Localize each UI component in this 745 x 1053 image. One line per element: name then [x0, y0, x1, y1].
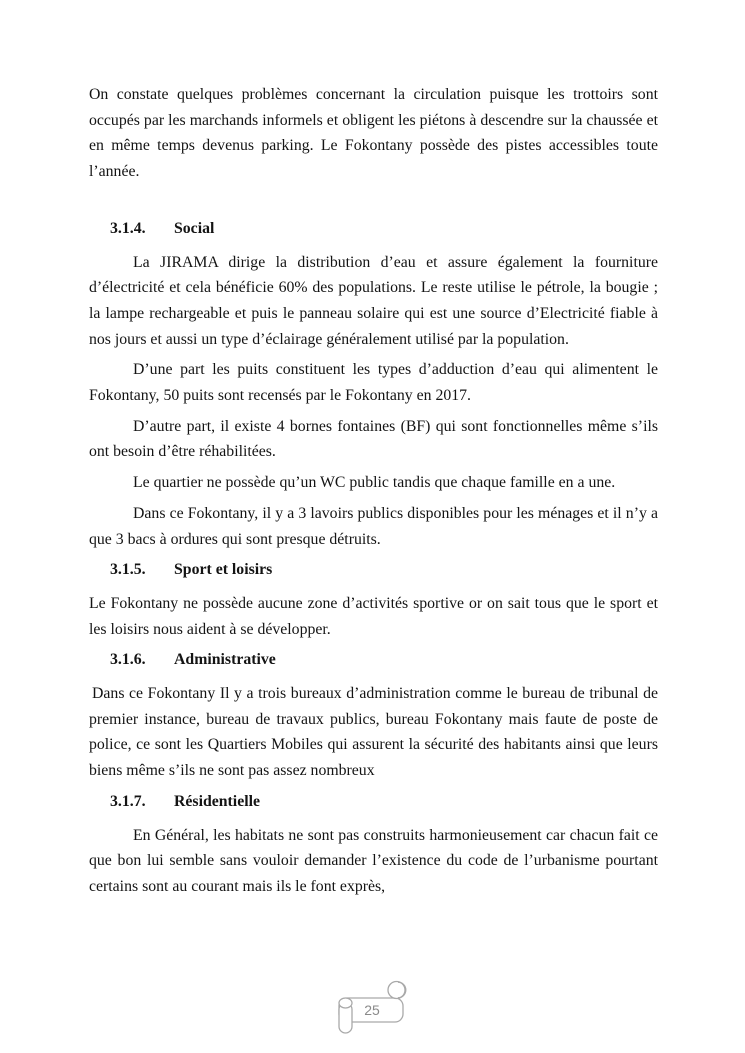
- section-title: Résidentielle: [174, 793, 260, 810]
- scroll-left-roll-top: [339, 998, 352, 1008]
- page-footer: 25: [331, 976, 411, 1038]
- section-heading-3-1-6: 3.1.6.Administrative: [89, 647, 658, 673]
- section-heading-3-1-7: 3.1.7.Résidentielle: [89, 789, 658, 815]
- section-number: 3.1.4.: [110, 216, 174, 242]
- paragraph-circulation: On constate quelques problèmes concernan…: [89, 82, 658, 185]
- paragraph-jirama: La JIRAMA dirige la distribution d’eau e…: [89, 250, 658, 353]
- paragraph-bornes-fontaines: D’autre part, il existe 4 bornes fontain…: [89, 414, 658, 465]
- page-number: 25: [364, 1002, 380, 1018]
- document-page: On constate quelques problèmes concernan…: [0, 0, 745, 1053]
- section-number: 3.1.6.: [110, 647, 174, 673]
- section-title: Social: [174, 220, 214, 237]
- page-content: On constate quelques problèmes concernan…: [89, 82, 658, 905]
- paragraph-sport: Le Fokontany ne possède aucune zone d’ac…: [89, 591, 658, 642]
- paragraph-habitat: En Général, les habitats ne sont pas con…: [89, 823, 658, 900]
- section-title: Administrative: [174, 651, 276, 668]
- paragraph-puits: D’une part les puits constituent les typ…: [89, 357, 658, 408]
- scroll-page-number-icon: 25: [331, 976, 411, 1038]
- paragraph-administration: Dans ce Fokontany Il y a trois bureaux d…: [89, 681, 658, 784]
- section-heading-3-1-4: 3.1.4.Social: [89, 216, 658, 242]
- section-title: Sport et loisirs: [174, 561, 272, 578]
- section-heading-3-1-5: 3.1.5.Sport et loisirs: [89, 557, 658, 583]
- paragraph-wc-public: Le quartier ne possède qu’un WC public t…: [89, 470, 658, 496]
- section-number: 3.1.5.: [110, 557, 174, 583]
- section-number: 3.1.7.: [110, 789, 174, 815]
- paragraph-lavoirs: Dans ce Fokontany, il y a 3 lavoirs publ…: [89, 501, 658, 552]
